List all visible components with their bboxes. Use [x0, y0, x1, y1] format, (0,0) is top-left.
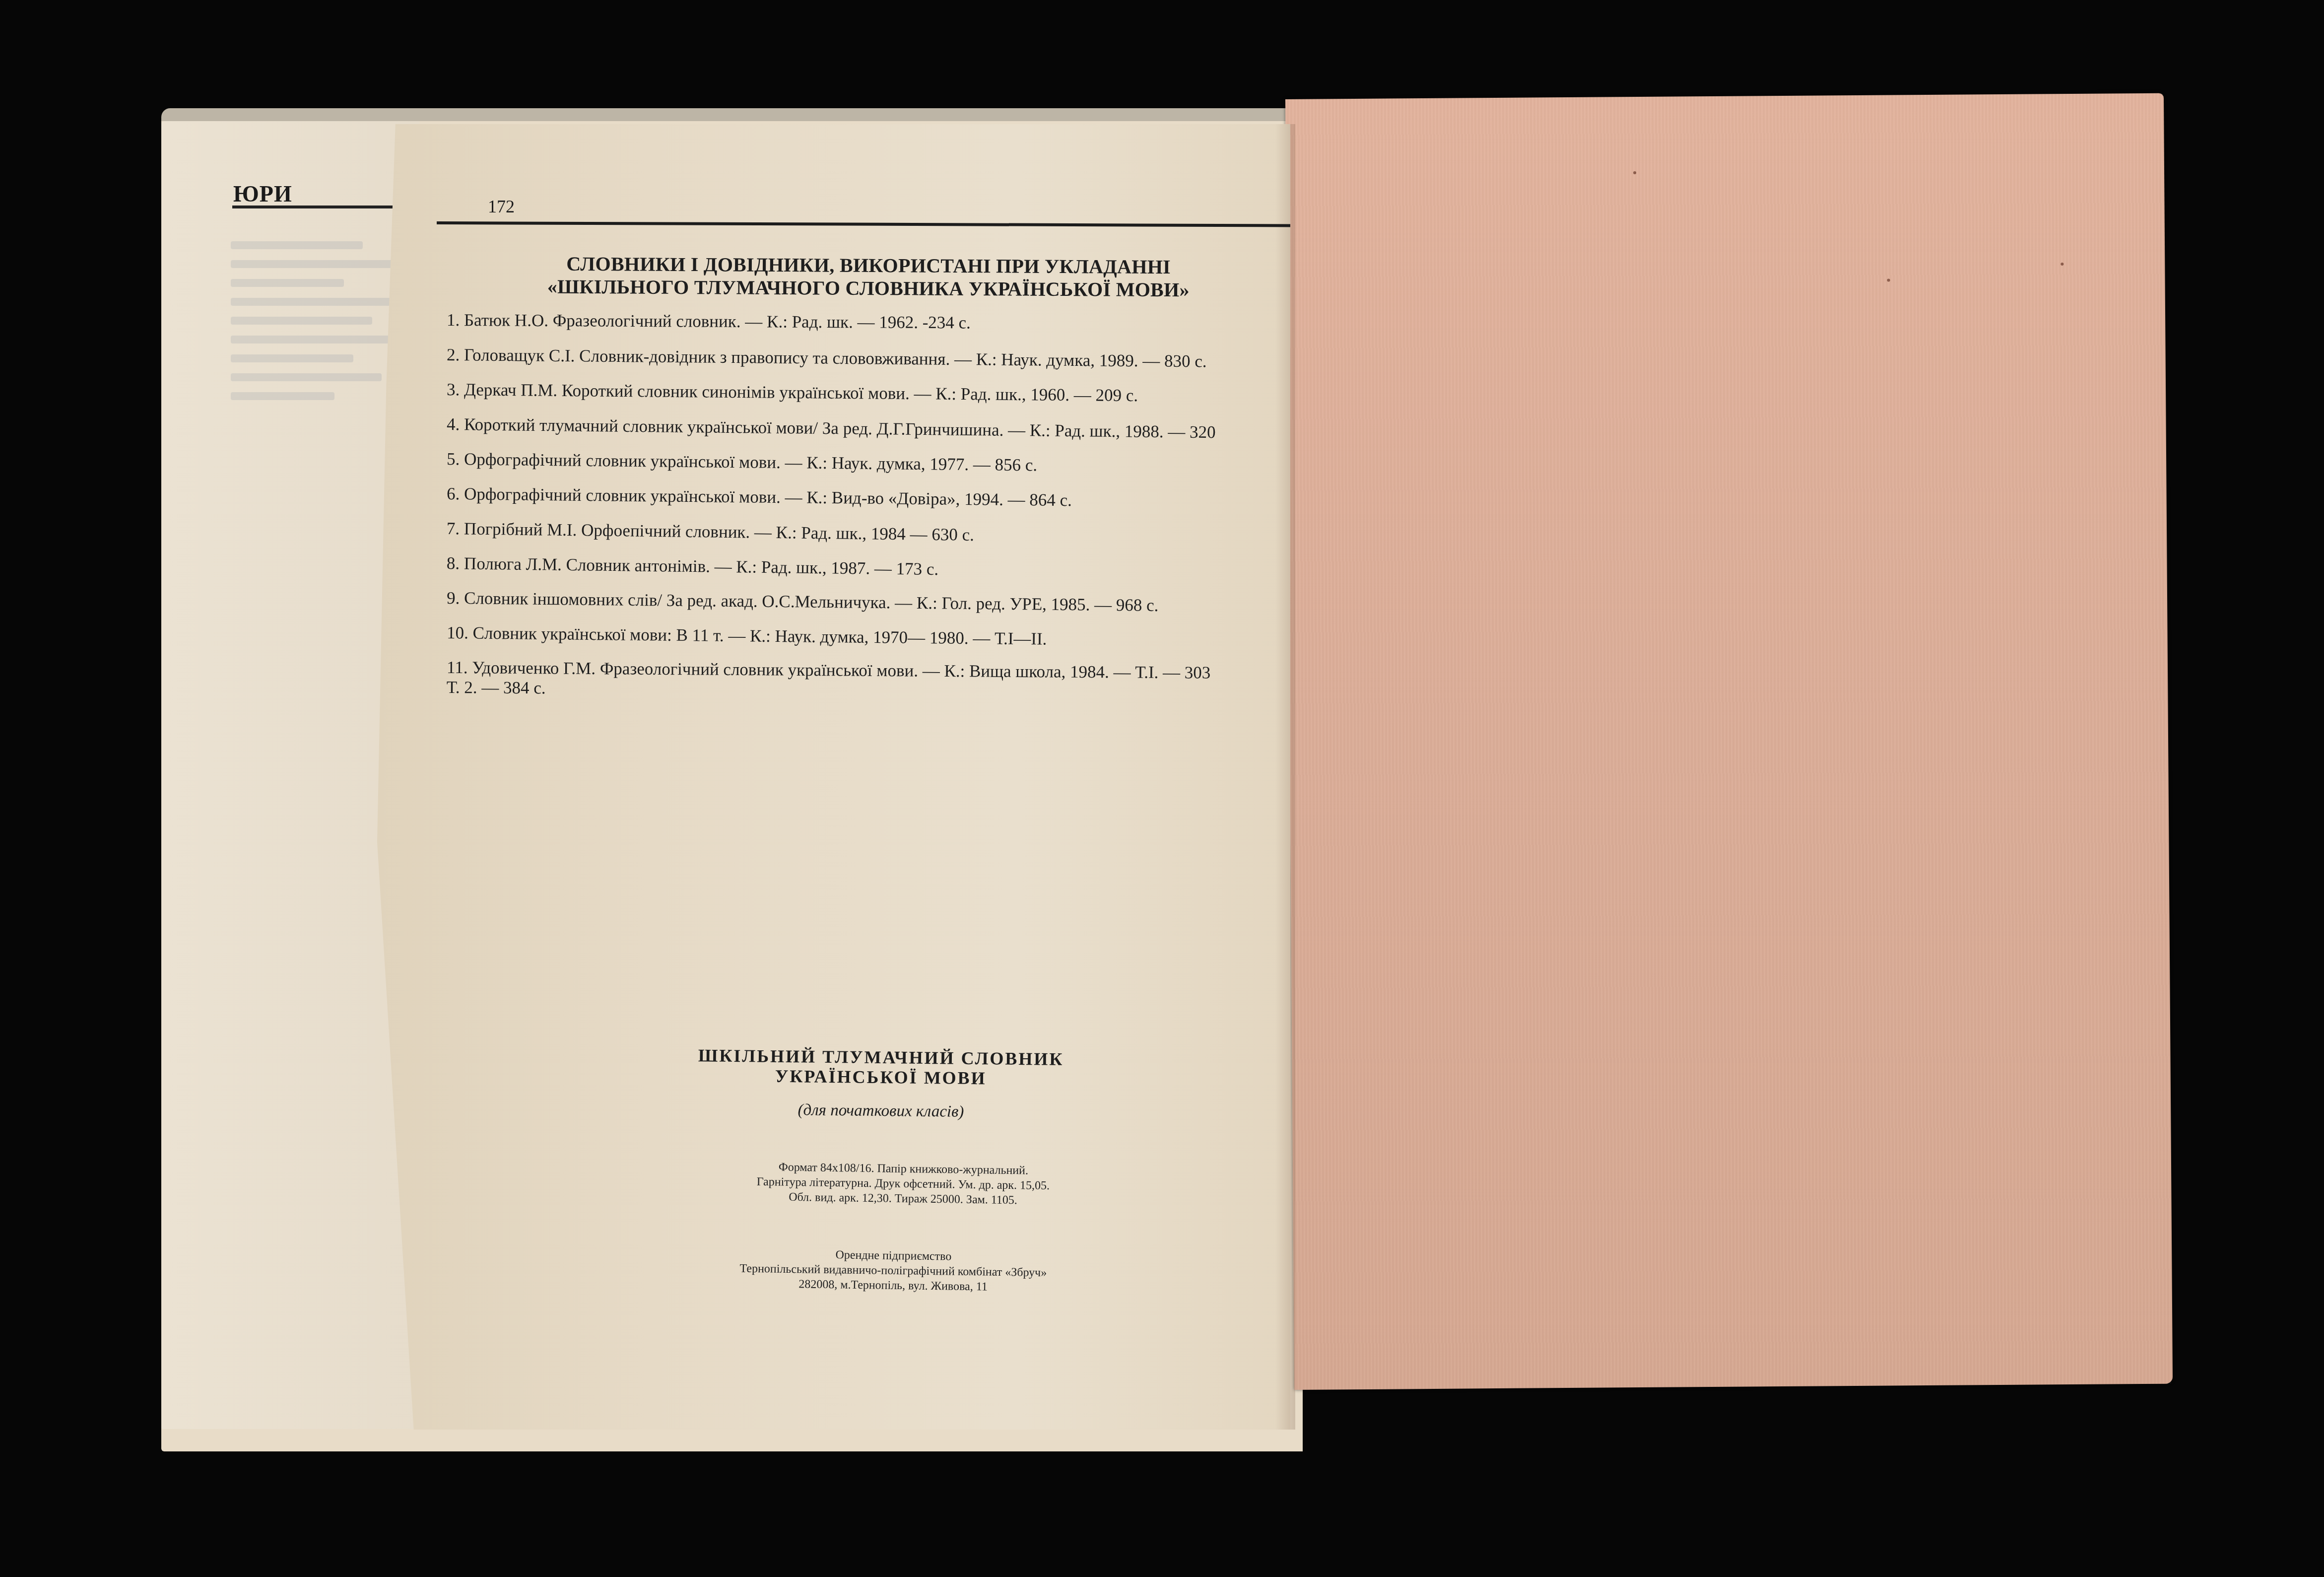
reference-item: 6. Орфографічний словник української мов…	[447, 484, 1300, 513]
paper-speck	[1633, 171, 1636, 174]
back-cover	[1285, 93, 2173, 1390]
reference-list: 1. Батюк Н.О. Фразеологічний словник. — …	[447, 310, 1300, 712]
paper-speck	[2060, 263, 2063, 266]
running-header: ЮРИ	[233, 181, 292, 207]
reference-item: 9. Словник іншомовних слів/ За ред. акад…	[447, 588, 1300, 617]
section-title: СЛОВНИКИ І ДОВІДНИКИ, ВИКОРИСТАНІ ПРИ УК…	[462, 252, 1275, 302]
reference-item: 3. Деркач П.М. Короткий словник синонімі…	[447, 380, 1300, 407]
reference-item: 1. Батюк Н.О. Фразеологічний словник. — …	[447, 310, 1300, 335]
reference-item: 10. Словник української мови: В 11 т. — …	[447, 623, 1300, 652]
reference-item: 11. Удовиченко Г.М. Фразеологічний словн…	[447, 658, 1301, 703]
paper-speck	[1887, 279, 1890, 282]
reference-item: 2. Головащук С.І. Словник-довідник з пра…	[447, 345, 1300, 372]
reference-item: 5. Орфографічний словник української мов…	[447, 449, 1300, 478]
reference-item: 7. Погрібний М.І. Орфоепічний словник. —…	[447, 519, 1300, 549]
imprint-book-title: ШКІЛЬНИЙ ТЛУМАЧНИЙ СЛОВНИК УКРАЇНСЬКОЇ М…	[645, 1045, 1117, 1090]
page-number: 172	[488, 196, 515, 217]
reference-item: 8. Полюга Л.М. Словник антонімів. — К.: …	[447, 553, 1300, 584]
section-title-line: «ШКІЛЬНОГО ТЛУМАЧНОГО СЛОВНИКА УКРАЇНСЬК…	[462, 275, 1275, 302]
reference-item: 4. Короткий тлумачний словник українсько…	[447, 414, 1300, 443]
imprint-publisher: Орендне підприємство Тернопільський вида…	[679, 1245, 1107, 1296]
imprint-specs: Формат 84х108/16. Папір книжково-журналь…	[689, 1159, 1117, 1209]
